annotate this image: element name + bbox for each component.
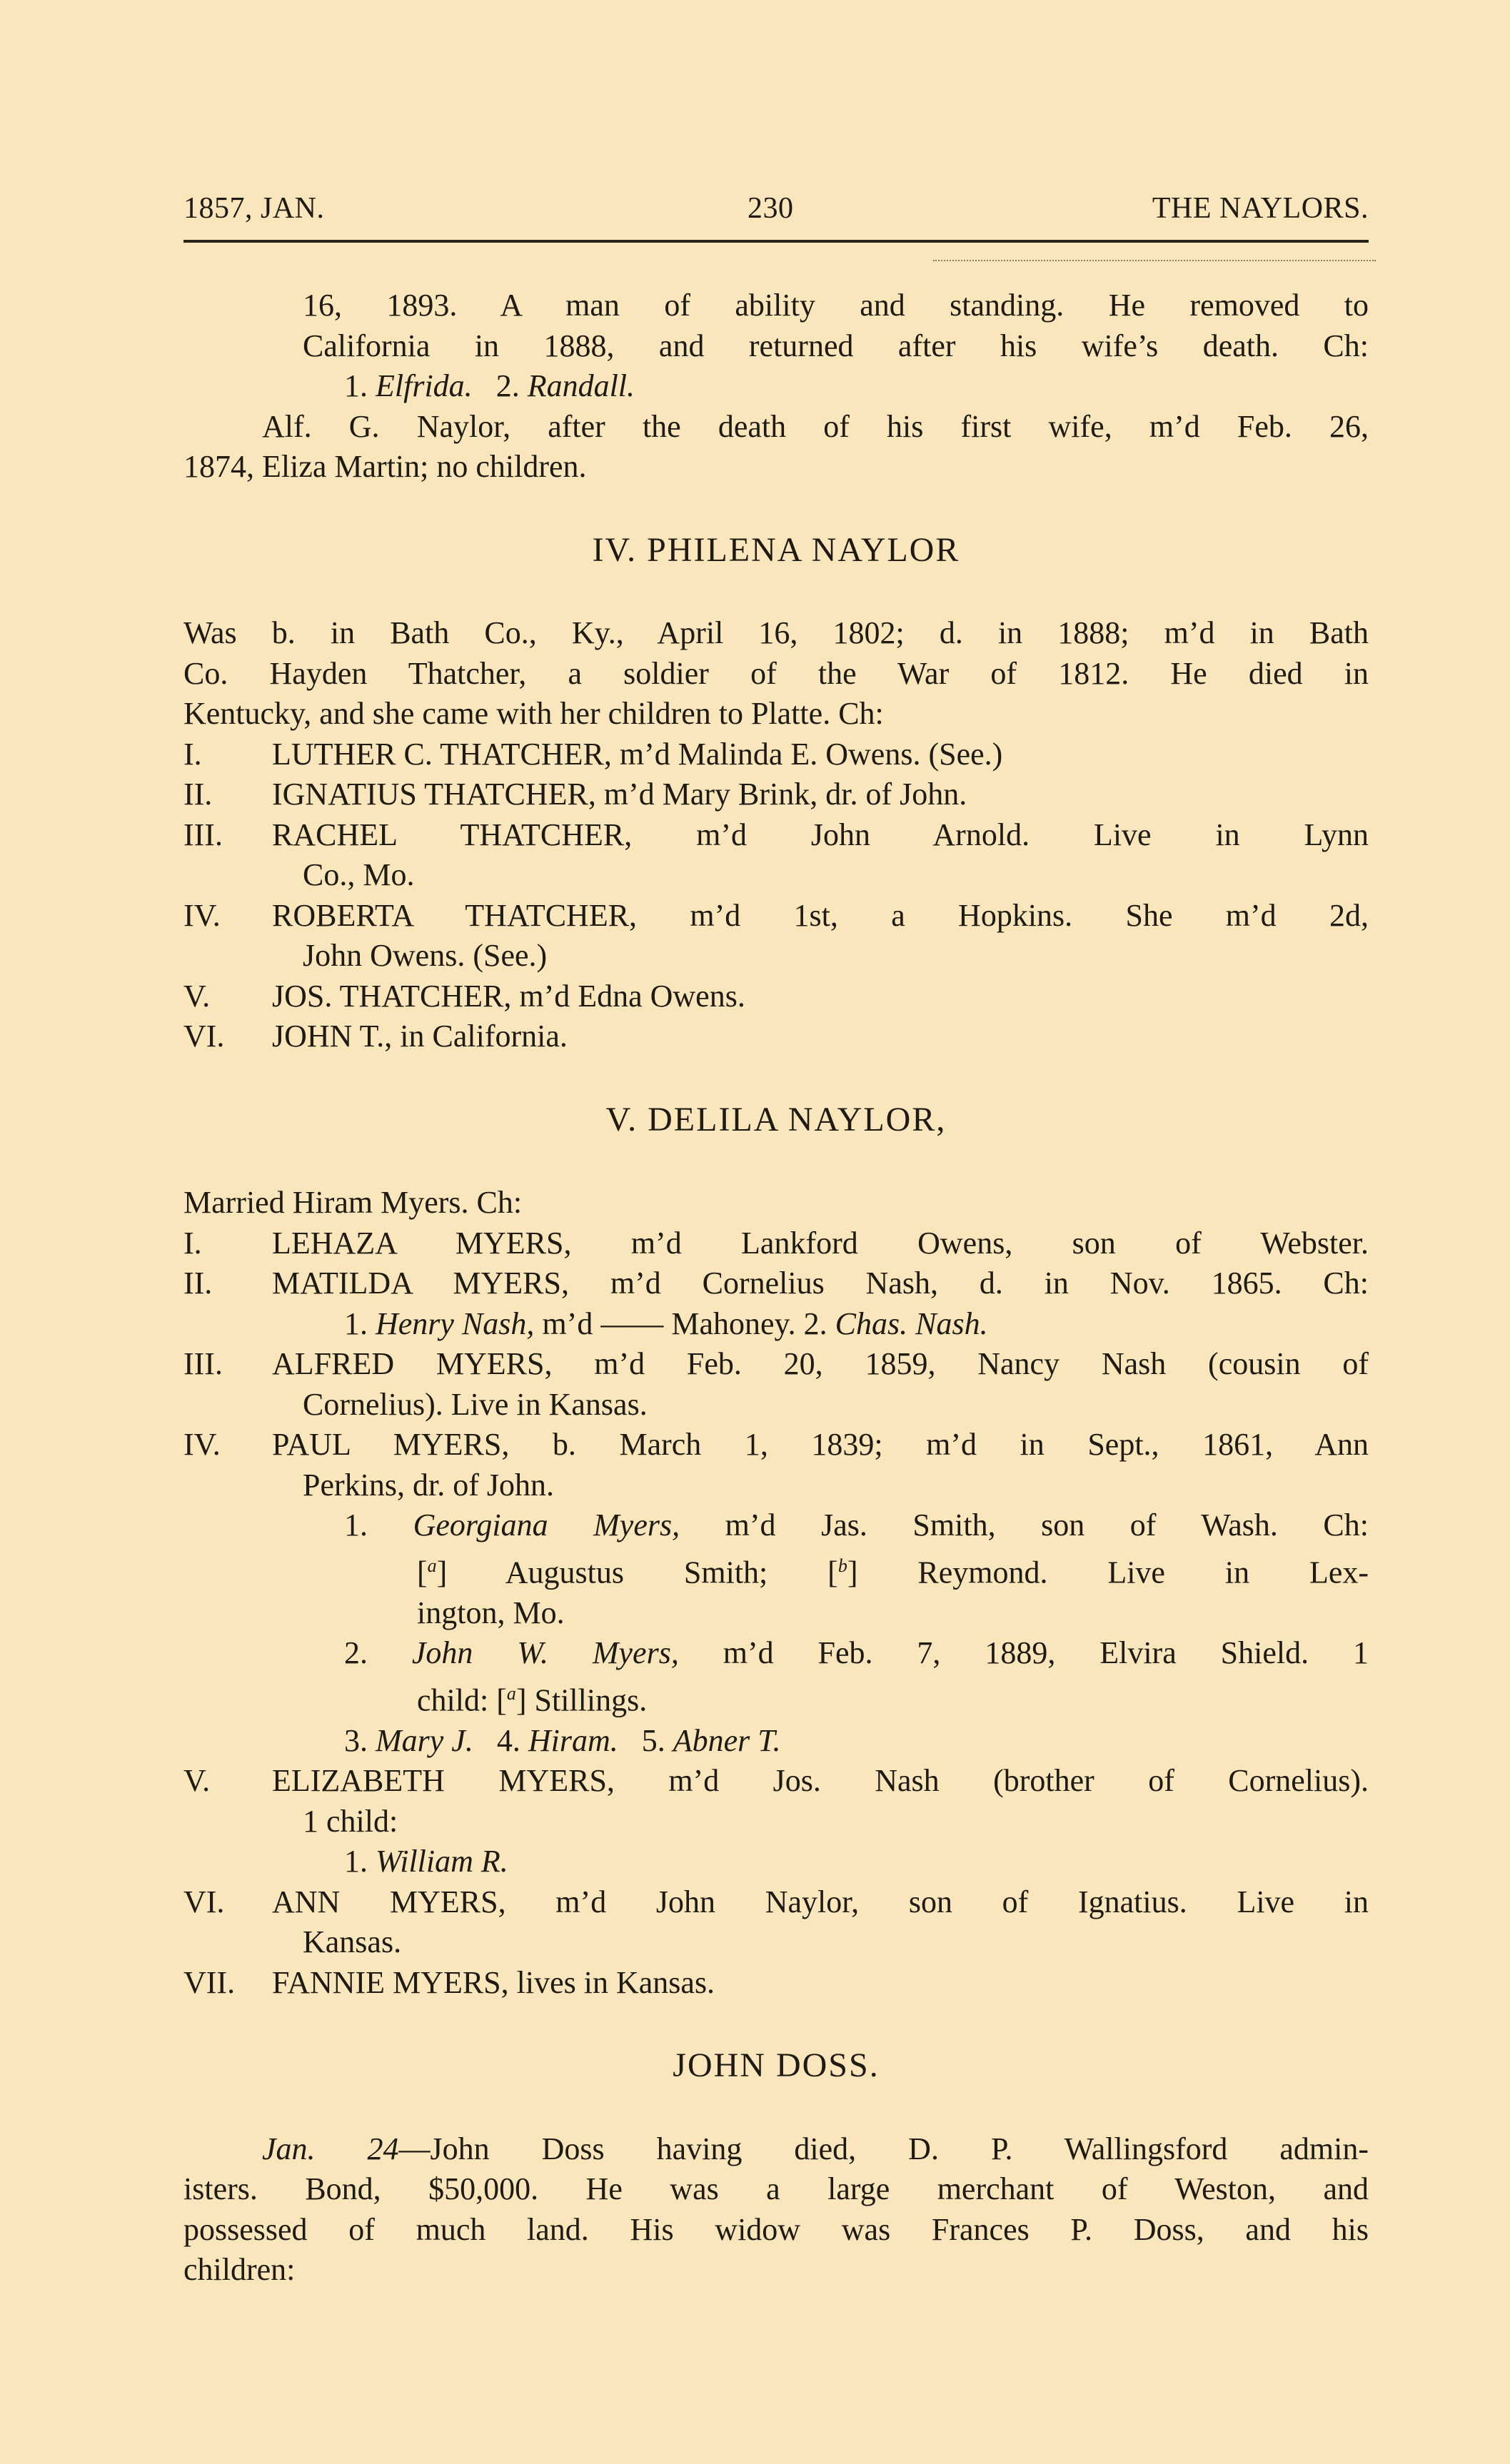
list-item-cont: 1 child: xyxy=(183,1802,1369,1842)
list-item: IV.ROBERTA THATCHER, m’d 1st, a Hopkins.… xyxy=(183,896,1369,936)
text-line: Was b. in Bath Co., Ky., April 16, 1802;… xyxy=(183,613,1369,654)
section-heading-delila: V. DELILA NAYLOR, xyxy=(183,1100,1369,1141)
text-line: Kentucky, and she came with her children… xyxy=(183,694,1369,734)
list-item-cont: Kansas. xyxy=(183,1922,1369,1963)
list-item-cont: Perkins, dr. of John. xyxy=(183,1465,1369,1506)
sub-list-item-cont: ington, Mo. xyxy=(183,1593,1369,1634)
list-item: V.JOS. THATCHER, m’d Edna Owens. xyxy=(183,976,1369,1017)
sub-list-item-cont: [a] Augustus Smith; [b] Reymond. Live in… xyxy=(183,1546,1369,1593)
text-line: possessed of much land. His widow was Fr… xyxy=(183,2210,1369,2251)
sub-list-item: 1. Georgiana Myers, m’d Jas. Smith, son … xyxy=(183,1505,1369,1546)
list-item: III.ALFRED MYERS, m’d Feb. 20, 1859, Nan… xyxy=(183,1344,1369,1385)
text-line: Jan. 24—John Doss having died, D. P. Wal… xyxy=(183,2129,1369,2170)
page-body: 16, 1893. A man of ability and standing.… xyxy=(183,286,1369,2291)
list-item: V.ELIZABETH MYERS, m’d Jos. Nash (brothe… xyxy=(183,1761,1369,1802)
section-heading-doss: JOHN DOSS. xyxy=(183,2046,1369,2086)
list-item-cont: Cornelius). Live in Kansas. xyxy=(183,1385,1369,1425)
list-item: VII.FANNIE MYERS, lives in Kansas. xyxy=(183,1963,1369,2004)
list-item: III.RACHEL THATCHER, m’d John Arnold. Li… xyxy=(183,815,1369,856)
list-item: I.LUTHER C. THATCHER, m’d Malinda E. Owe… xyxy=(183,734,1369,775)
list-item: IV.PAUL MYERS, b. March 1, 1839; m’d in … xyxy=(183,1425,1369,1465)
list-item-cont: John Owens. (See.) xyxy=(183,936,1369,976)
sub-list-item-cont: child: [a] Stillings. xyxy=(183,1674,1369,1721)
sub-list-item: 1. William R. xyxy=(183,1842,1369,1882)
text-line: 16, 1893. A man of ability and standing.… xyxy=(183,286,1369,326)
list-item: VI.ANN MYERS, m’d John Naylor, son of Ig… xyxy=(183,1882,1369,1923)
page-number: 230 xyxy=(748,191,794,226)
text-line: children: xyxy=(183,2250,1369,2291)
sub-list-item: 3. Mary J. 4. Hiram. 5. Abner T. xyxy=(183,1721,1369,1762)
text-line: California in 1888, and returned after h… xyxy=(183,326,1369,367)
sub-list-item: 2. John W. Myers, m’d Feb. 7, 1889, Elvi… xyxy=(183,1633,1369,1674)
text-line: Married Hiram Myers. Ch: xyxy=(183,1183,1369,1223)
text-line: 1874, Eliza Martin; no children. xyxy=(183,447,1369,488)
children-list: 1. Elfrida. 2. Randall. xyxy=(183,366,1369,407)
header-rule xyxy=(183,240,1369,243)
sub-list-item: 1. Henry Nash, m’d —— Mahoney. 2. Chas. … xyxy=(183,1304,1369,1345)
list-item: I.LEHAZA MYERS, m’d Lankford Owens, son … xyxy=(183,1223,1369,1264)
running-head-title: THE NAYLORS. xyxy=(1152,191,1369,226)
text-line: isters. Bond, $50,000. He was a large me… xyxy=(183,2169,1369,2210)
text-line: Alf. G. Naylor, after the death of his f… xyxy=(183,407,1369,448)
running-head-date: 1857, JAN. xyxy=(183,191,325,226)
list-item: II.IGNATIUS THATCHER, m’d Mary Brink, dr… xyxy=(183,774,1369,815)
list-item-cont: Co., Mo. xyxy=(183,855,1369,896)
section-heading-philena: IV. PHILENA NAYLOR xyxy=(183,530,1369,571)
text-line: Co. Hayden Thatcher, a soldier of the Wa… xyxy=(183,654,1369,695)
list-item: II.MATILDA MYERS, m’d Cornelius Nash, d.… xyxy=(183,1263,1369,1304)
running-head: 1857, JAN. 230 THE NAYLORS. xyxy=(183,191,1369,227)
list-item: VI.JOHN T., in California. xyxy=(183,1016,1369,1057)
header-rule-dotted xyxy=(933,260,1376,263)
